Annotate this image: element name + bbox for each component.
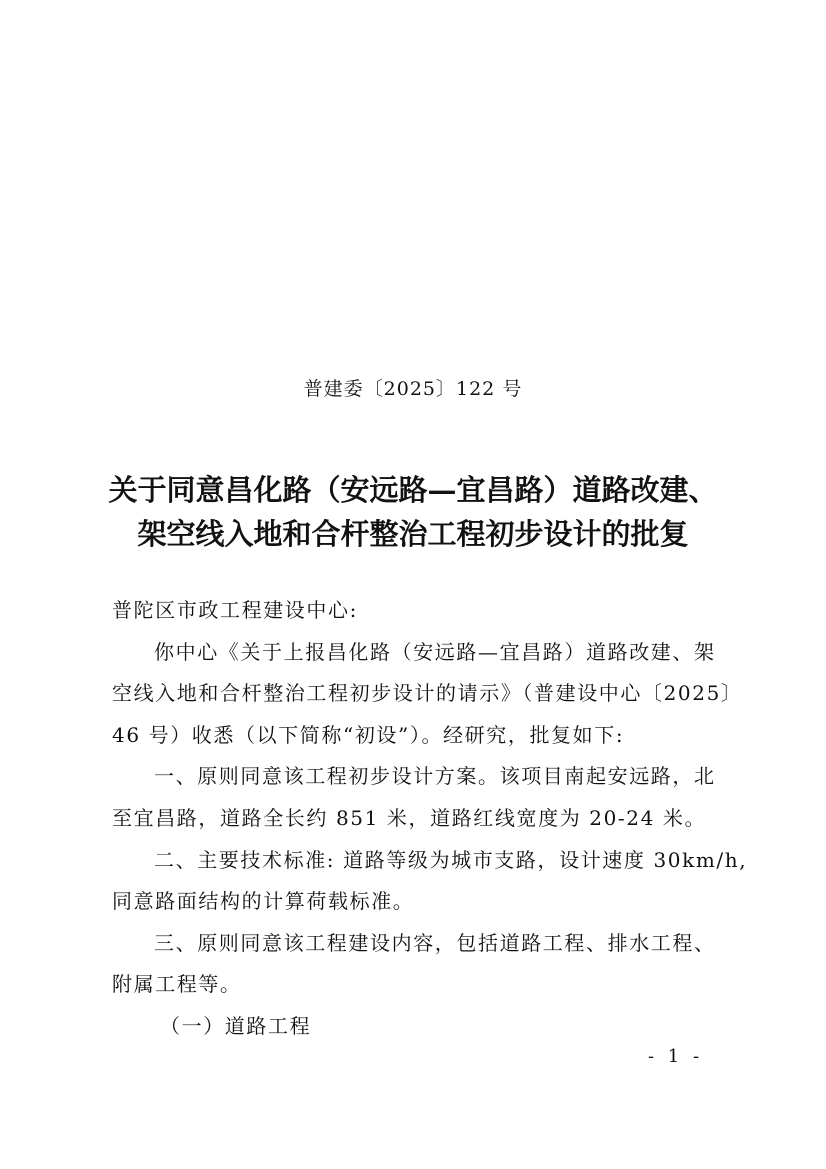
title-line-2: 架空线入地和合杆整治工程初步设计的批复 (60, 512, 766, 556)
document-body: 普陀区市政工程建设中心: 你中心《关于上报昌化路（安远路—宜昌路）道路改建、架 … (112, 596, 716, 1054)
document-number: 普建委〔2025〕122 号 (0, 374, 826, 401)
paragraph-line: 二、主要技术标准: 道路等级为城市支路，设计速度 30km/h, (112, 846, 716, 888)
paragraph-line: 空线入地和合杆整治工程初步设计的请示》（普建设中心〔2025〕 (112, 679, 716, 721)
title-line-1: 关于同意昌化路（安远路—宜昌路）道路改建、 (60, 468, 766, 512)
paragraph-line: 三、原则同意该工程建设内容，包括道路工程、排水工程、 (112, 929, 716, 971)
paragraph-line: 你中心《关于上报昌化路（安远路—宜昌路）道路改建、架 (112, 638, 716, 680)
paragraph-line: 46 号）收悉（以下简称“初设”）。经研究，批复如下: (112, 721, 716, 763)
addressee: 普陀区市政工程建设中心: (112, 596, 716, 638)
document-title: 关于同意昌化路（安远路—宜昌路）道路改建、 架空线入地和合杆整治工程初步设计的批… (60, 468, 766, 556)
paragraph-line: 一、原则同意该工程初步设计方案。该项目南起安远路，北 (112, 762, 716, 804)
paragraph-line: 附属工程等。 (112, 970, 716, 1012)
paragraph-line: 至宜昌路，道路全长约 851 米，道路红线宽度为 20-24 米。 (112, 804, 716, 846)
page-number: - 1 - (648, 1046, 703, 1067)
paragraph-line: 同意路面结构的计算荷载标准。 (112, 887, 716, 929)
section-heading: （一）道路工程 (112, 1012, 716, 1054)
